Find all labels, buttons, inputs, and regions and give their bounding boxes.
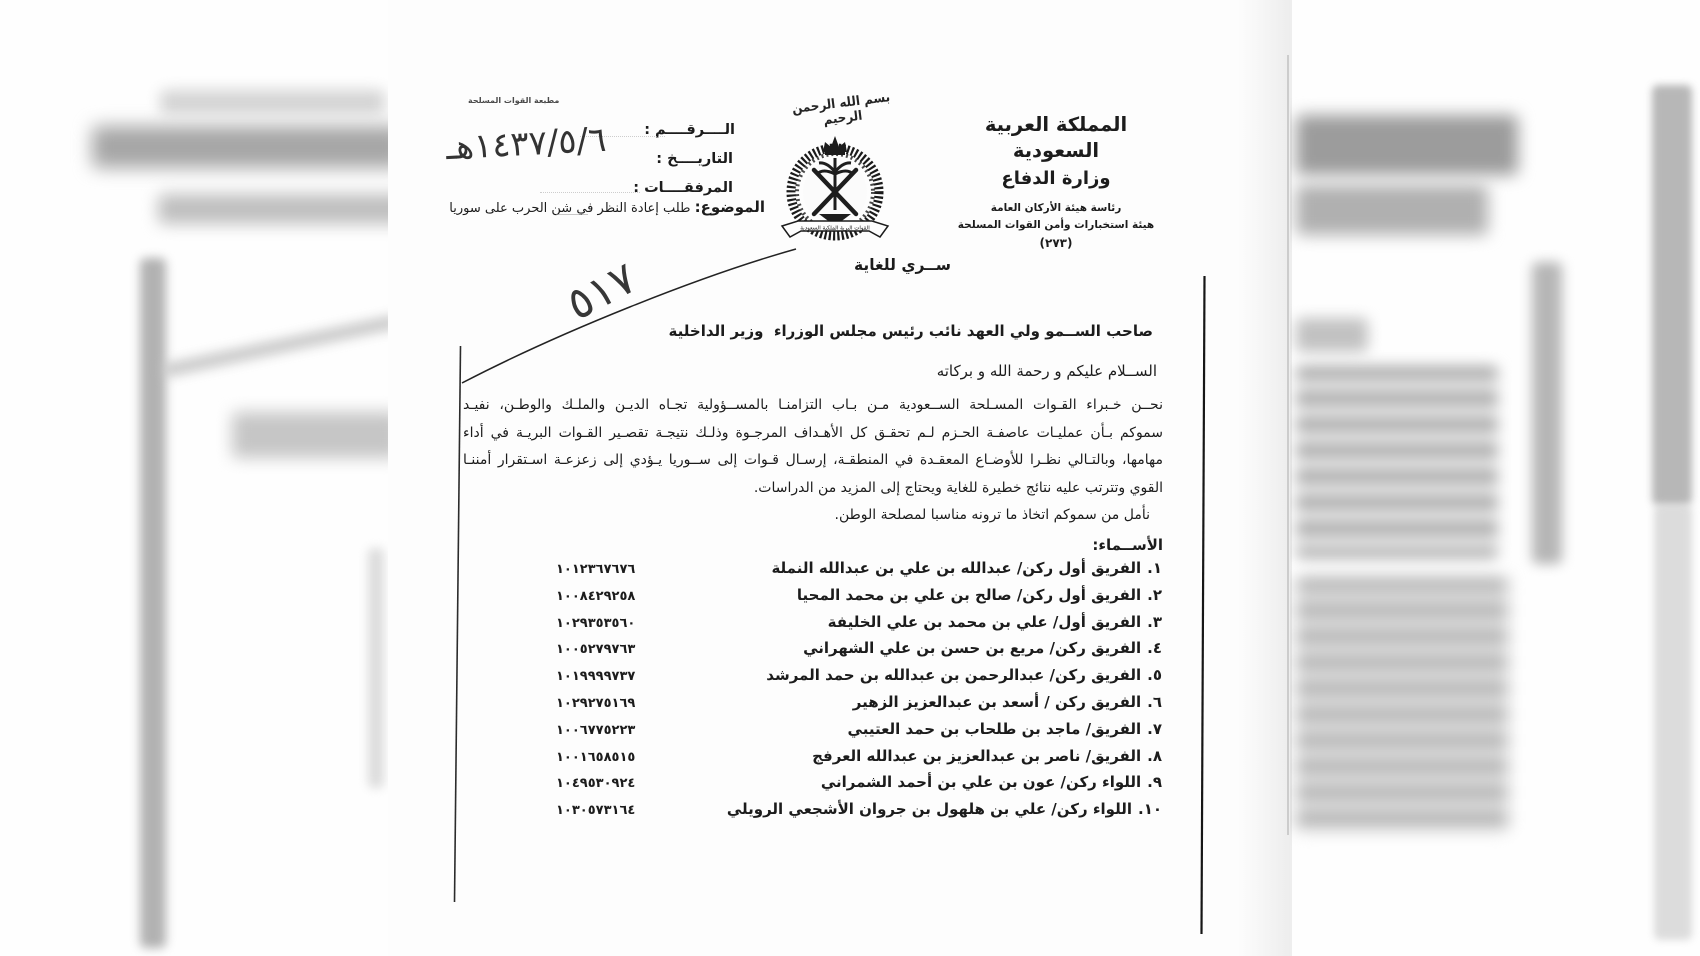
background-blur-right-edge-band-top: [1652, 85, 1692, 505]
press-label: مطبعة القوات المسلحة: [468, 96, 559, 105]
name-row: ٧.الفريق/ ماجد بن طلحاب بن حمد العتيبي ١…: [556, 720, 1162, 744]
handwritten-date: ١٤٣٧/٥/٦هـ: [445, 120, 607, 168]
greeting-line: الســلام عليكم و رحمة الله و بركاته: [937, 362, 1157, 380]
officer-name: الفريق أول/ علي بن محمد بن علي الخليفة: [828, 613, 1141, 631]
name-row: ١.الفريق أول ركن/ عبدالله بن علي بن عبدا…: [556, 559, 1162, 583]
subject-trailing-line: [556, 214, 588, 215]
name-row: ٤.الفريق ركن/ مريع بن حسن بن علي الشهران…: [556, 639, 1162, 663]
officer-id: ١٠١٢٣٦٧٦٧٦: [556, 562, 635, 577]
officer-name: الفريق/ ماجد بن طلحاب بن حمد العتيبي: [848, 720, 1142, 738]
department-line2: هيئة استخبارات وأمن القوات المسلحة: [946, 219, 1166, 231]
name-index: ٧.: [1147, 720, 1162, 738]
officer-id: ١٠٣٠٥٧٣١٦٤: [556, 803, 635, 818]
background-blur-left-rule: [368, 548, 384, 788]
classification-label: ســري للغاية: [854, 256, 951, 274]
name-index: ٣.: [1147, 613, 1162, 631]
officer-id: ١٠١٩٩٩٩٧٣٧: [556, 669, 635, 684]
name-row: ٥.الفريق ركن/ عبدالرحمن بن عبدالله بن حم…: [556, 666, 1162, 690]
name-index: ١٠.: [1138, 800, 1162, 818]
name-index: ٨.: [1147, 747, 1162, 765]
name-index: ٢.: [1147, 586, 1162, 604]
addressee-line: صاحب الســمو ولي العهد نائب رئيس مجلس ال…: [669, 322, 1153, 340]
background-blur-left-diagonal: [162, 315, 399, 377]
officer-id: ١٠٠٥٢٧٩٧٦٣: [556, 642, 635, 657]
background-blur-right-text-block2: [1296, 578, 1508, 833]
body-line: القوي وتترتب عليه نتائج خطيرة للغاية ويح…: [463, 475, 1163, 503]
armed-forces-emblem-icon: القوات البرية الملكية السعودية: [770, 130, 900, 250]
background-blur-right-bar: [1532, 262, 1562, 564]
background-blur-left-subject: [232, 412, 400, 458]
body-line: مهامها، وبالتـالي نظـرا للأوضـاع المعقـد…: [463, 447, 1163, 475]
name-row: ٢.الفريق أول ركن/ صالح بن علي بن محمد ال…: [556, 586, 1162, 610]
body-closing-line: نأمل من سموكم اتخاذ ما ترونه مناسبا لمصل…: [463, 502, 1163, 530]
officer-id: ١٠٠٦٧٧٥٢٢٣: [556, 723, 635, 738]
name-index: ٦.: [1147, 693, 1162, 711]
officer-name: الفريق أول ركن/ عبدالله بن علي بن عبدالل…: [771, 559, 1141, 577]
subject-label: الموضوع:: [695, 198, 765, 216]
emblem-banner-text: القوات البرية الملكية السعودية: [800, 225, 870, 232]
officer-id: ١٠٤٩٥٣٠٩٢٤: [556, 776, 635, 791]
background-blur-right-text-block1: [1296, 366, 1498, 558]
background-blur-left-margin-bar: [140, 258, 166, 948]
officer-name: الفريق/ ناصر بن عبدالعزيز بن عبدالله الع…: [812, 747, 1141, 765]
attachments-field-label: المرفقــــات :: [633, 180, 733, 196]
background-blur-left-streak: [92, 126, 404, 168]
background-blur-left-line2: [158, 194, 408, 224]
crown-icon: [823, 136, 847, 155]
unit-number: (٢٧٣): [946, 236, 1166, 250]
name-index: ١.: [1147, 559, 1162, 577]
officer-id: ١٠٢٩٢٧٥١٦٩: [556, 696, 635, 711]
ministry-header: المملكة العربية السعودية وزارة الدفاع رئ…: [946, 112, 1166, 250]
subject-line: الموضوع: طلب إعادة النظر في شن الحرب على…: [449, 198, 765, 216]
background-blur-right-header1: [1296, 115, 1518, 175]
body-line: نحــن خـبراء القـوات المسـلحة الســعودية…: [463, 392, 1163, 420]
scanned-letter-canvas: المملكة العربية السعودية وزارة الدفاع رئ…: [0, 0, 1700, 956]
officer-name: اللواء ركن/ عون بن علي بن أحمد الشمراني: [821, 773, 1141, 791]
name-row: ١٠.اللواء ركن/ علي بن هلهول بن جروان الأ…: [556, 800, 1162, 824]
background-blur-right-small: [1296, 318, 1368, 352]
name-row: ٦.الفريق ركن / أسعد بن عبدالعزيز الزهير …: [556, 693, 1162, 717]
background-blur-right-edge-band-bottom: [1654, 505, 1692, 940]
body-paragraph: نحــن خـبراء القـوات المسـلحة الســعودية…: [463, 392, 1163, 530]
body-line: سموكم بـأن عمليـات عاصفـة الحـزم لـم تحق…: [463, 420, 1163, 448]
officer-name: اللواء ركن/ علي بن هلهول بن جروان الأشجع…: [727, 800, 1132, 818]
name-row: ٣.الفريق أول/ علي بن محمد بن علي الخليفة…: [556, 613, 1162, 637]
kingdom-title: المملكة العربية السعودية: [946, 112, 1166, 164]
background-blur-left-line1: [160, 90, 385, 114]
name-index: ٥.: [1147, 666, 1162, 684]
officer-name: الفريق ركن/ مريع بن حسن بن علي الشهراني: [803, 639, 1141, 657]
officer-id: ١٠٠١٦٥٨٥١٥: [556, 750, 635, 765]
date-field-label: التاريــــخ :: [656, 151, 733, 167]
names-heading: الأســماء:: [1092, 536, 1163, 554]
background-blur-right-header2: [1296, 185, 1488, 235]
officer-name: الفريق ركن/ عبدالرحمن بن عبدالله بن حمد …: [766, 666, 1141, 684]
officer-name: الفريق ركن / أسعد بن عبدالعزيز الزهير: [853, 693, 1141, 711]
officer-name: الفريق أول ركن/ صالح بن علي بن محمد المح…: [797, 586, 1141, 604]
name-index: ٤.: [1147, 639, 1162, 657]
ministry-title: وزارة الدفاع: [946, 167, 1166, 191]
officer-id: ١٠٢٩٣٥٣٥٦٠: [556, 616, 635, 631]
department-line1: رئاسة هيئة الأركان العامة: [946, 202, 1166, 214]
name-row: ٩.اللواء ركن/ عون بن علي بن أحمد الشمران…: [556, 773, 1162, 797]
name-row: ٨.الفريق/ ناصر بن عبدالعزيز بن عبدالله ا…: [556, 747, 1162, 771]
officer-id: ١٠٠٨٤٢٩٢٥٨: [556, 589, 635, 604]
name-index: ٩.: [1147, 773, 1162, 791]
page-edge-shadow: [1238, 0, 1292, 956]
attachments-field-ruling: [540, 192, 640, 193]
